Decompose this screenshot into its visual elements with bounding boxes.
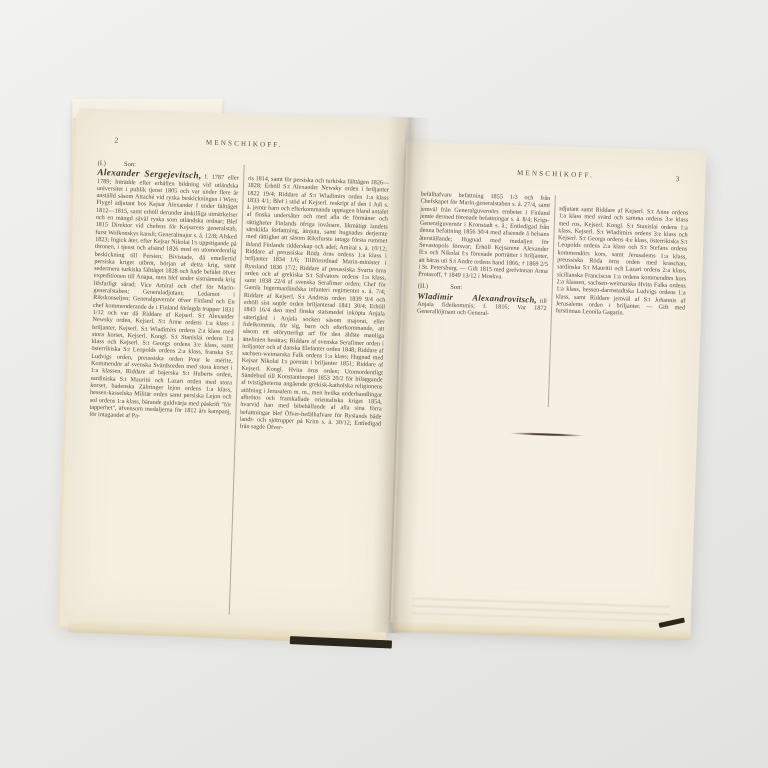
entry-label: (II.) — [418, 282, 429, 290]
left-page: 2 MENSCHIKOFF. (I.) Son: Alexander Serge… — [62, 108, 405, 633]
photo-background: 2 MENSCHIKOFF. (I.) Son: Alexander Serge… — [0, 0, 768, 768]
left-page-column-1: (I.) Son: Alexander Sergejevitsch,f. 178… — [83, 160, 239, 614]
right-page-column-2: adjutant samt Riddare af Kejserl. S:t An… — [552, 195, 688, 411]
son-label: Son: — [450, 283, 462, 291]
entry-paragraph: Wladimir Alexandrovitsch,till Anjala fid… — [417, 292, 547, 319]
left-page-column-2: ris 1814, samt för persiska och turkiska… — [233, 165, 389, 619]
right-page-number: 3 — [676, 174, 680, 183]
right-page-column-1: befälhafvare befattning 1855 1/3 och frå… — [414, 191, 550, 407]
entry-paragraph: Alexander Sergejevitsch,f. 1787 eller 17… — [89, 170, 239, 423]
running-header-left: MENSCHIKOFF. — [98, 135, 390, 153]
left-page-header: 2 MENSCHIKOFF. — [98, 135, 390, 157]
biography-text: ris 1814, samt för persiska och turkiska… — [239, 175, 389, 435]
son-label: Son: — [124, 161, 136, 169]
biography-text: adjutant samt Riddare af Kejserl. S:t An… — [555, 205, 688, 319]
right-page-columns: befälhafvare befattning 1855 1/3 och frå… — [414, 191, 689, 412]
open-book: 2 MENSCHIKOFF. (I.) Son: Alexander Serge… — [51, 92, 717, 673]
tailpiece-rule — [510, 432, 584, 437]
biography-text: f. 1787 eller 1789; Inträdde efter erhål… — [89, 174, 239, 420]
right-page: MENSCHIKOFF. 3 befälhafvare befattning 1… — [391, 141, 707, 633]
show-through-text-lines — [412, 598, 670, 623]
biography-text: befälhafvare befattning 1855 1/3 och frå… — [418, 191, 550, 283]
running-header-right: MENSCHIKOFF. — [421, 166, 689, 183]
right-page-header: MENSCHIKOFF. 3 — [421, 166, 689, 187]
entry-label: (I.) — [98, 160, 106, 168]
left-page-columns: (I.) Son: Alexander Sergejevitsch,f. 178… — [83, 160, 390, 619]
